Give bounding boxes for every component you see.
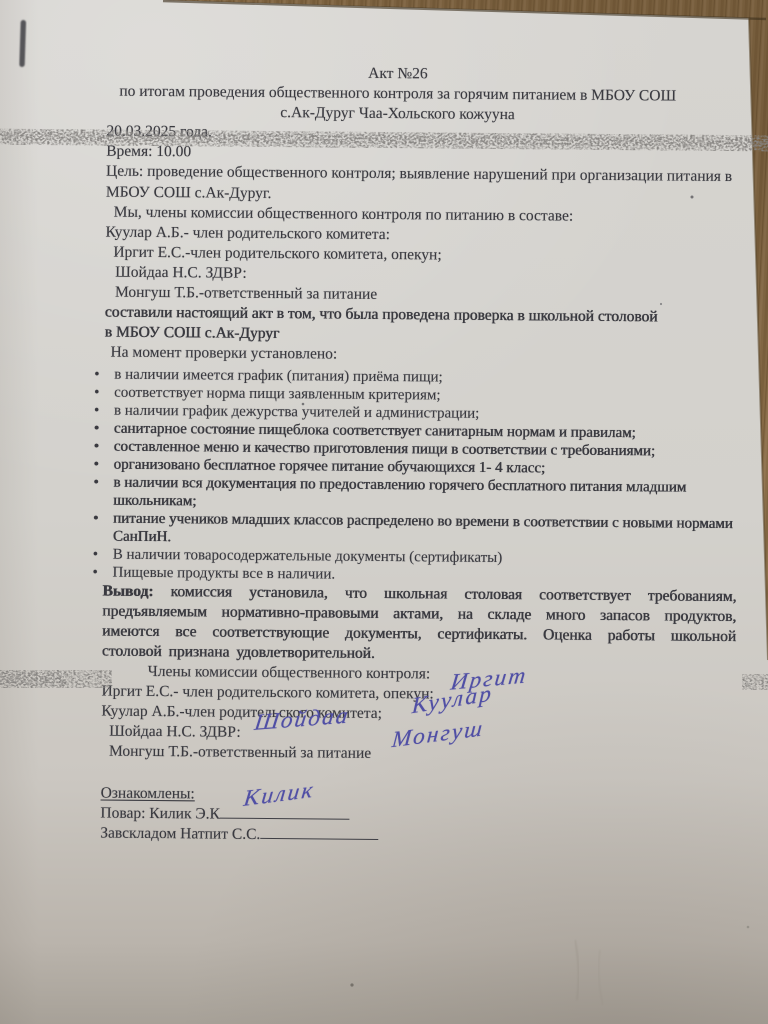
acknowledgement-row: Завскладом Натпит С.С. [100, 824, 734, 850]
conclusion-paragraph: Вывод: комиссия установила, что школьная… [102, 582, 737, 668]
conclusion-text: комиссия установила, что школьная столов… [102, 583, 737, 662]
findings-list: в наличии имеется график (питания) приём… [102, 366, 738, 588]
finding-item: питание учеников младших классов распред… [113, 510, 737, 551]
signature-row: Монгуш Т.Б.-ответственный за питание Мон… [101, 742, 735, 768]
signature-line [220, 805, 350, 820]
signer-label: Повар: Килик Э.К [100, 805, 220, 823]
conclusion-label: Вывод: [102, 583, 153, 600]
acknowledgement-block: Ознакомлены: Повар: Килик Э.К Килик Завс… [100, 784, 734, 850]
signer-label: Шойдаа Н.С. ЗДВР: [109, 723, 241, 741]
signature-line [260, 825, 378, 840]
signer-label: Завскладом Натпит С.С. [100, 825, 260, 843]
acknowledgement-heading: Ознакомлены: [101, 784, 195, 805]
finding-item: в наличии вся документация по предоставл… [113, 474, 737, 515]
handwritten-signature: Шойдаа [253, 704, 351, 734]
signer-label: Монгуш Т.Б.-ответственный за питание [109, 743, 371, 762]
purpose-paragraph: Цель: проведение общественного контроля;… [106, 162, 740, 209]
findings-heading: На момент проверки установлено: [104, 343, 738, 369]
signer-label: Иргит Е.С.- член родительского комитета,… [101, 683, 433, 703]
act-document: Акт №26 по итогам проведения общественно… [0, 0, 768, 1024]
photographed-document: { "document": { "act_number": "Акт №26",… [0, 0, 768, 1024]
